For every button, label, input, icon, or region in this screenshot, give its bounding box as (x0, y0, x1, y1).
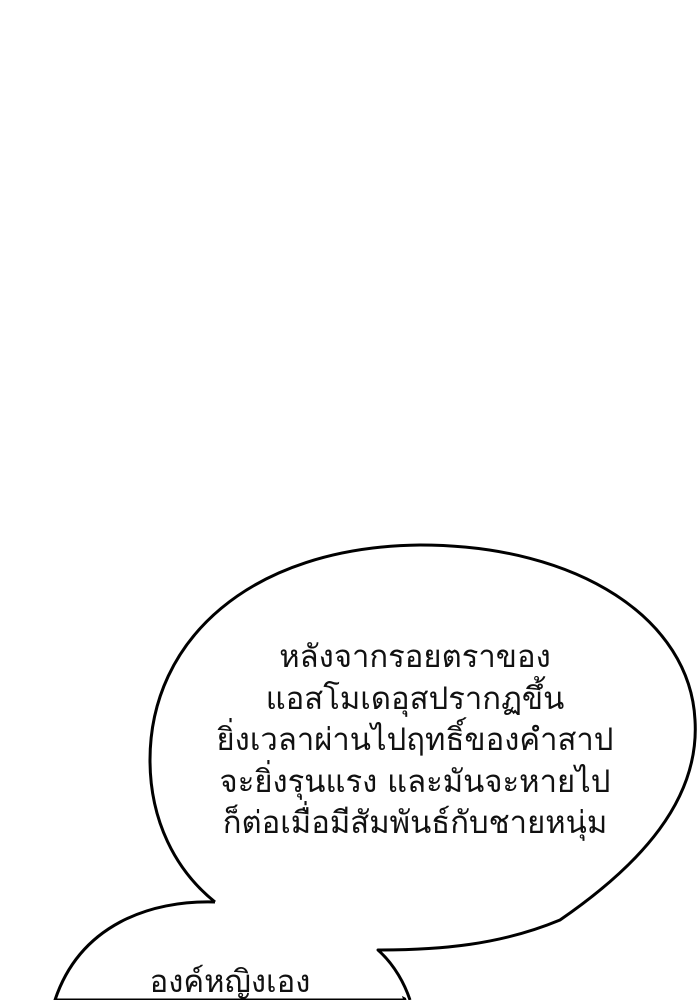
comic-panel: หลังจากรอยตราของ แอสโมเดอุสปรากฏขึ้น ยิ่… (0, 0, 700, 1000)
dialogue-line: ก็ต่อเมื่อมีสัมพันธ์กับชายหนุ่ม (180, 803, 650, 845)
dialogue-line: ยิ่งเวลาผ่านไปฤทธิ์ของคำสาป (180, 720, 650, 762)
dialogue-line: องค์หญิงเอง (110, 962, 350, 1000)
dialogue-line: แอสโมเดอุสปรากฏขึ้น (180, 679, 650, 721)
speech-bubble-1-text: หลังจากรอยตราของ แอสโมเดอุสปรากฏขึ้น ยิ่… (180, 637, 650, 845)
dialogue-line: จะยิ่งรุนแรง และมันจะหายไป (180, 762, 650, 804)
dialogue-line: หลังจากรอยตราของ (180, 637, 650, 679)
speech-bubble-2-text: องค์หญิงเอง (110, 962, 350, 1000)
speech-bubbles-art (0, 0, 700, 1000)
